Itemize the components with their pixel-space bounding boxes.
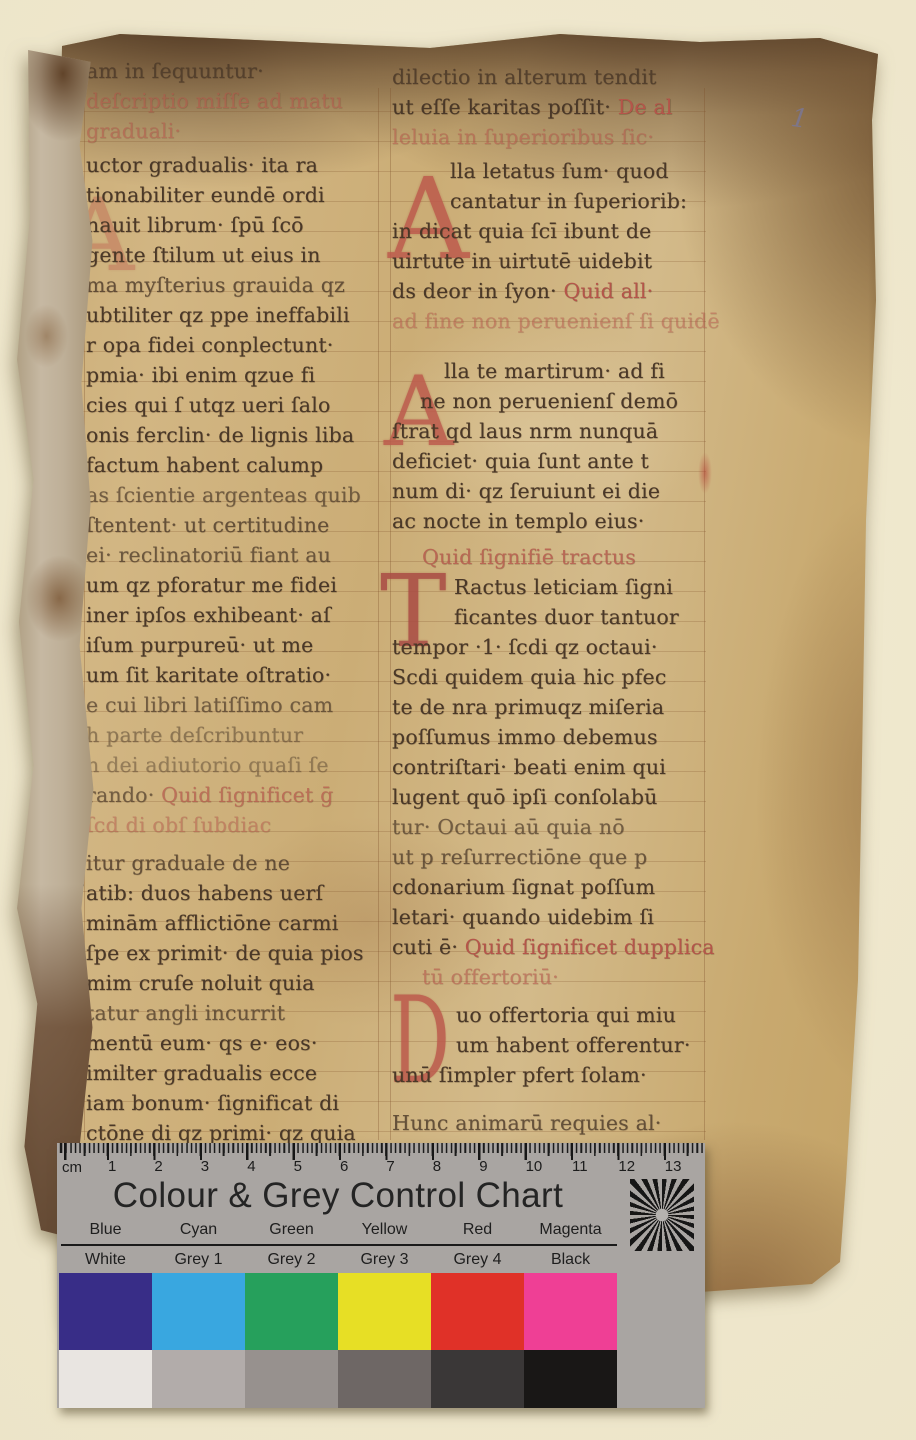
manuscript-text-line: leluia in ſuperioribus ſic· xyxy=(392,122,708,152)
manuscript-text-line: iam bonum· ſignificat di xyxy=(86,1088,378,1118)
manuscript-text-line: itur graduale de ne xyxy=(86,848,378,878)
red-pigment-splotch xyxy=(698,452,712,494)
ruler-number: 7 xyxy=(386,1158,394,1175)
manuscript-text-line: tatur angli incurrit xyxy=(86,998,378,1028)
manuscript-text-line: ſpe ex primit· de quia pios xyxy=(86,938,378,968)
manuscript-text-line: uo offertoria qui miu xyxy=(392,1000,708,1030)
manuscript-text-line: Ractus leticiam ſigni xyxy=(392,572,708,602)
ink-text: tur· Octaui aū quia nō xyxy=(392,815,625,839)
ink-text: poſſumus immo debemus xyxy=(392,725,658,749)
patch-label-white: White xyxy=(59,1251,152,1269)
patch-green xyxy=(245,1273,338,1350)
rubric-text: ad fine non peruenienſ ſi quidē xyxy=(392,309,720,333)
manuscript-text-line: rando· Quid ſignificet ḡ xyxy=(86,780,378,810)
ink-text: dilectio in alterum tendit xyxy=(392,65,657,89)
manuscript-text-line: iſum purpureū· ut me xyxy=(86,630,378,660)
grey-patch-row xyxy=(59,1350,617,1408)
ink-text: ut p reſurrectiōne que p xyxy=(392,845,647,869)
ink-text: Scdi quidem quia hic pfec xyxy=(392,665,667,689)
manuscript-text-line: mim cruſe noluit quia xyxy=(86,968,378,998)
manuscript-left-column: am in ſequuntur·deſcriptio miſſe ad matu… xyxy=(86,56,378,1148)
ink-text: am in ſequuntur· xyxy=(86,59,264,83)
manuscript-text-line: minām afflictiōne carmi xyxy=(86,908,378,938)
manuscript-text-line: factum habent calump xyxy=(86,450,378,480)
ink-text: e cui libri latiſſimo cam xyxy=(86,693,333,717)
patch-label-grey-4: Grey 4 xyxy=(431,1251,524,1269)
rubric-text: De al xyxy=(618,95,673,119)
ink-text: lla letatus ſum· quod xyxy=(450,159,669,183)
ink-text: cdonarium ſignat poſſum xyxy=(392,875,655,899)
manuscript-right-column: dilectio in alterum tenditut eſſe karita… xyxy=(392,62,708,1138)
ink-text: mentū eum· qs e· eos· xyxy=(86,1031,318,1055)
ink-text: letari· quando uidebim ſi xyxy=(392,905,654,929)
ink-text: mim cruſe noluit quia xyxy=(86,971,315,995)
ink-text: unū ſimpler pfert ſolam· xyxy=(392,1063,647,1087)
rubric-text: tū offertoriū· xyxy=(422,965,559,989)
patch-grey-3 xyxy=(338,1350,431,1408)
manuscript-text-line: mentū eum· qs e· eos· xyxy=(86,1028,378,1058)
manuscript-text-line: atib: duos habens uerſ xyxy=(86,878,378,908)
rubric-text: Quid ſignificet dupplica xyxy=(465,935,715,959)
patch-magenta xyxy=(524,1273,617,1350)
manuscript-text-line: ut eſſe karitas poſſit· De al xyxy=(392,92,708,122)
manuscript-text-line: cdonarium ſignat poſſum xyxy=(392,872,708,902)
ink-text: in dicat quia ſcī ibunt de xyxy=(392,219,651,243)
ink-text: rando· xyxy=(86,783,161,807)
patch-label-grey-2: Grey 2 xyxy=(245,1251,338,1269)
manuscript-text-line: dilectio in alterum tendit xyxy=(392,62,708,92)
patch-label-grey-3: Grey 3 xyxy=(338,1251,431,1269)
ruler-number: 12 xyxy=(618,1158,635,1175)
ink-text: as ſcientie argenteas quib xyxy=(86,483,361,507)
manuscript-text-line: Hunc animarū requies al· xyxy=(392,1108,708,1138)
ink-text: ac nocte in templo eius· xyxy=(392,509,644,533)
rubric-text: ſcd di obſ ſubdiac xyxy=(86,813,271,837)
manuscript-text-line: tempor ·1· ſcdi qz octaui· xyxy=(392,632,708,662)
ruler-number: 6 xyxy=(340,1158,348,1175)
manuscript-text-line: cuti ē· Quid ſignificet dupplica xyxy=(392,932,708,962)
ink-text: um ſit karitate oſtratio· xyxy=(86,663,331,687)
rubric-text: Quid all· xyxy=(564,279,654,303)
ink-text: Hunc animarū requies al· xyxy=(392,1111,662,1135)
ink-text: cantatur in ſuperiorib: xyxy=(450,189,687,213)
manuscript-text-line: iner ipſos exhibeant· aſ xyxy=(86,600,378,630)
ink-text: deficiet· quia ſunt ante t xyxy=(392,449,649,473)
manuscript-text-line: unū ſimpler pfert ſolam· xyxy=(392,1060,708,1090)
rubric-text: leluia in ſuperioribus ſic· xyxy=(392,125,654,149)
label-divider-line xyxy=(61,1244,617,1246)
ink-text: iſum purpureū· ut me xyxy=(86,633,313,657)
patch-red xyxy=(431,1273,524,1350)
ink-text: cuti ē· xyxy=(392,935,465,959)
manuscript-text-line: h parte deſcribuntur xyxy=(86,720,378,750)
rubric-text: deſcriptio miſſe ad matu xyxy=(86,89,343,113)
manuscript-text-line: lugent quō ipſi conſolabū xyxy=(392,782,708,812)
manuscript-text-line: te de nra primuqz miſeria xyxy=(392,692,708,722)
ink-text: r opa fidei conplectunt· xyxy=(86,333,334,357)
manuscript-text-line: ut p reſurrectiōne que p xyxy=(392,842,708,872)
manuscript-text-line: ubtiliter qz ppe ineffabili xyxy=(86,300,378,330)
manuscript-text-line: deſcriptio miſſe ad matu xyxy=(86,86,378,116)
ink-text: uo offertoria qui miu xyxy=(456,1003,676,1027)
manuscript-text-line: ma myſterius grauida qz xyxy=(86,270,378,300)
manuscript-text-line: ad fine non peruenienſ ſi quidē xyxy=(392,306,708,336)
siemens-star-icon xyxy=(630,1179,694,1251)
ink-text: ds deor in ſyon· xyxy=(392,279,564,303)
patch-label-red: Red xyxy=(431,1221,524,1239)
ruler-number: 5 xyxy=(294,1158,302,1175)
manuscript-text-line: ei· reclinatoriū fiant au xyxy=(86,540,378,570)
manuscript-text-line: letari· quando uidebim ſi xyxy=(392,902,708,932)
patch-label-cyan: Cyan xyxy=(152,1221,245,1239)
manuscript-text-line: um ſit karitate oſtratio· xyxy=(86,660,378,690)
manuscript-text-line: uirtute in uirtutē uidebit xyxy=(392,246,708,276)
patch-cyan xyxy=(152,1273,245,1350)
manuscript-text-line: in dicat quia ſcī ibunt de xyxy=(392,216,708,246)
column-rule-left-inner xyxy=(378,88,379,1140)
ruler-number: 2 xyxy=(154,1158,162,1175)
manuscript-text-line: as ſcientie argenteas quib xyxy=(86,480,378,510)
manuscript-text-line: contriſtari· beati enim qui xyxy=(392,752,708,782)
manuscript-text-line: tur· Octaui aū quia nō xyxy=(392,812,708,842)
manuscript-text-line: ds deor in ſyon· Quid all· xyxy=(392,276,708,306)
rubric-text: Quid ſignificet ḡ xyxy=(161,783,333,807)
colour-control-chart: cm 12345678910111213 Colour & Grey Contr… xyxy=(57,1143,705,1408)
ink-text: onis ferclin· de lignis liba xyxy=(86,423,354,447)
ink-text: num di· qz ſeruiunt ei die xyxy=(392,479,660,503)
ink-text: iam bonum· ſignificat di xyxy=(86,1091,339,1115)
manuscript-text-line: pmia· ibi enim qzue fi xyxy=(86,360,378,390)
manuscript-text-line: e cui libri latiſſimo cam xyxy=(86,690,378,720)
patch-yellow xyxy=(338,1273,431,1350)
ruler-number: 4 xyxy=(247,1158,255,1175)
ink-text: tempor ·1· ſcdi qz octaui· xyxy=(392,635,658,659)
ink-text: ſtrat qd laus nrm nunquā xyxy=(392,419,658,443)
manuscript-text-line: gente ſtilum ut eius in xyxy=(86,240,378,270)
ink-text: itur graduale de ne xyxy=(86,851,290,875)
ink-text: tatur angli incurrit xyxy=(86,1001,285,1025)
ink-text: ei· reclinatoriū fiant au xyxy=(86,543,331,567)
manuscript-text-line: ſcd di obſ ſubdiac xyxy=(86,810,378,840)
patch-blue xyxy=(59,1273,152,1350)
ink-text: te de nra primuqz miſeria xyxy=(392,695,664,719)
colour-label-row: BlueCyanGreenYellowRedMagenta xyxy=(59,1221,617,1239)
patch-label-yellow: Yellow xyxy=(338,1221,431,1239)
manuscript-text-line: ficantes duor tantuor xyxy=(392,602,708,632)
ink-text: atib: duos habens uerſ xyxy=(86,881,323,905)
manuscript-text-line: cies qui ſ utqz ueri ſalo xyxy=(86,390,378,420)
patch-label-magenta: Magenta xyxy=(524,1221,617,1239)
ink-text: cies qui ſ utqz ueri ſalo xyxy=(86,393,331,417)
chart-title: Colour & Grey Control Chart xyxy=(57,1176,619,1216)
ink-text: ſtentent· ut certitudine xyxy=(86,513,329,537)
rubric-text: graduali· xyxy=(86,119,181,143)
manuscript-text-line: lla te martirum· ad fi xyxy=(392,356,708,386)
patch-label-black: Black xyxy=(524,1251,617,1269)
manuscript-text-line: Quid ſignifiē tractus xyxy=(392,542,708,572)
manuscript-text-line: r opa fidei conplectunt· xyxy=(86,330,378,360)
manuscript-text-line: graduali· xyxy=(86,116,378,146)
ink-text: lla te martirum· ad fi xyxy=(444,359,665,383)
manuscript-text-line: deficiet· quia ſunt ante t xyxy=(392,446,708,476)
ink-text: uirtute in uirtutē uidebit xyxy=(392,249,652,273)
ink-text: h parte deſcribuntur xyxy=(86,723,303,747)
patch-black xyxy=(524,1350,617,1408)
ruler-number: 10 xyxy=(526,1158,543,1175)
manuscript-text-line: um habent offerentur· xyxy=(392,1030,708,1060)
ruler-number: 13 xyxy=(665,1158,682,1175)
ruler-number: 1 xyxy=(108,1158,116,1175)
manuscript-text-line: tionabiliter eundē ordi xyxy=(86,180,378,210)
manuscript-text-line: nauit librum· ſpū ſcō xyxy=(86,210,378,240)
ink-text: n dei adiutorio quaſi ſe xyxy=(86,753,329,777)
manuscript-text-line: ac nocte in templo eius· xyxy=(392,506,708,536)
manuscript-text-line: um qz pforatur me fidei xyxy=(86,570,378,600)
ink-text: contriſtari· beati enim qui xyxy=(392,755,666,779)
ruler-number: 9 xyxy=(479,1158,487,1175)
manuscript-text-line: onis ferclin· de lignis liba xyxy=(86,420,378,450)
ink-text: lugent quō ipſi conſolabū xyxy=(392,785,658,809)
ink-text: gente ſtilum ut eius in xyxy=(86,243,321,267)
grey-label-row: WhiteGrey 1Grey 2Grey 3Grey 4Black xyxy=(59,1251,617,1269)
manuscript-text-line: uctor gradualis· ita ra xyxy=(86,150,378,180)
manuscript-text-line: poſſumus immo debemus xyxy=(392,722,708,752)
patch-white xyxy=(59,1350,152,1408)
patch-label-blue: Blue xyxy=(59,1221,152,1239)
manuscript-text-line: ſtrat qd laus nrm nunquā xyxy=(392,416,708,446)
manuscript-text-line: Scdi quidem quia hic pfec xyxy=(392,662,708,692)
ink-text: factum habent calump xyxy=(86,453,323,477)
manuscript-text-line: cantatur in ſuperiorib: xyxy=(392,186,708,216)
ruler-number: 8 xyxy=(433,1158,441,1175)
ink-text: nauit librum· ſpū ſcō xyxy=(86,213,304,237)
ink-text: pmia· ibi enim qzue fi xyxy=(86,363,315,387)
ink-text: Ractus leticiam ſigni xyxy=(454,575,673,599)
ink-text: iner ipſos exhibeant· aſ xyxy=(86,603,331,627)
ink-text: minām afflictiōne carmi xyxy=(86,911,338,935)
ruler-number: 11 xyxy=(572,1158,588,1175)
ink-text: ne non peruenienſ demō xyxy=(420,389,678,413)
manuscript-text-line: ne non peruenienſ demō xyxy=(392,386,708,416)
ink-text: ma myſterius grauida qz xyxy=(86,273,345,297)
patch-label-grey-1: Grey 1 xyxy=(152,1251,245,1269)
ink-text: ctōne di qz primi· qz quia xyxy=(86,1121,356,1145)
manuscript-text-line: tū offertoriū· xyxy=(392,962,708,992)
ink-text: ubtiliter qz ppe ineffabili xyxy=(86,303,350,327)
ink-text: um habent offerentur· xyxy=(456,1033,691,1057)
ink-text: uctor gradualis· ita ra xyxy=(86,153,318,177)
manuscript-text-line: imilter gradualis ecce xyxy=(86,1058,378,1088)
manuscript-text-line: ſtentent· ut certitudine xyxy=(86,510,378,540)
patch-grey-4 xyxy=(431,1350,524,1408)
manuscript-text-line: n dei adiutorio quaſi ſe xyxy=(86,750,378,780)
patch-label-green: Green xyxy=(245,1221,338,1239)
ruler-number: 3 xyxy=(201,1158,209,1175)
patch-grey-2 xyxy=(245,1350,338,1408)
manuscript-text-line: num di· qz ſeruiunt ei die xyxy=(392,476,708,506)
ink-text: ficantes duor tantuor xyxy=(454,605,679,629)
manuscript-text-line: lla letatus ſum· quod xyxy=(392,156,708,186)
ink-text: imilter gradualis ecce xyxy=(86,1061,317,1085)
rubric-text: Quid ſignifiē tractus xyxy=(422,545,636,569)
manuscript-text-line: am in ſequuntur· xyxy=(86,56,378,86)
colour-patch-row xyxy=(59,1273,617,1350)
ink-text: ſpe ex primit· de quia pios xyxy=(86,941,364,965)
ink-text: tionabiliter eundē ordi xyxy=(86,183,325,207)
ink-text: ut eſſe karitas poſſit· xyxy=(392,95,618,119)
ink-text: um qz pforatur me fidei xyxy=(86,573,337,597)
patch-grey-1 xyxy=(152,1350,245,1408)
ruler-unit-label: cm xyxy=(62,1159,82,1176)
